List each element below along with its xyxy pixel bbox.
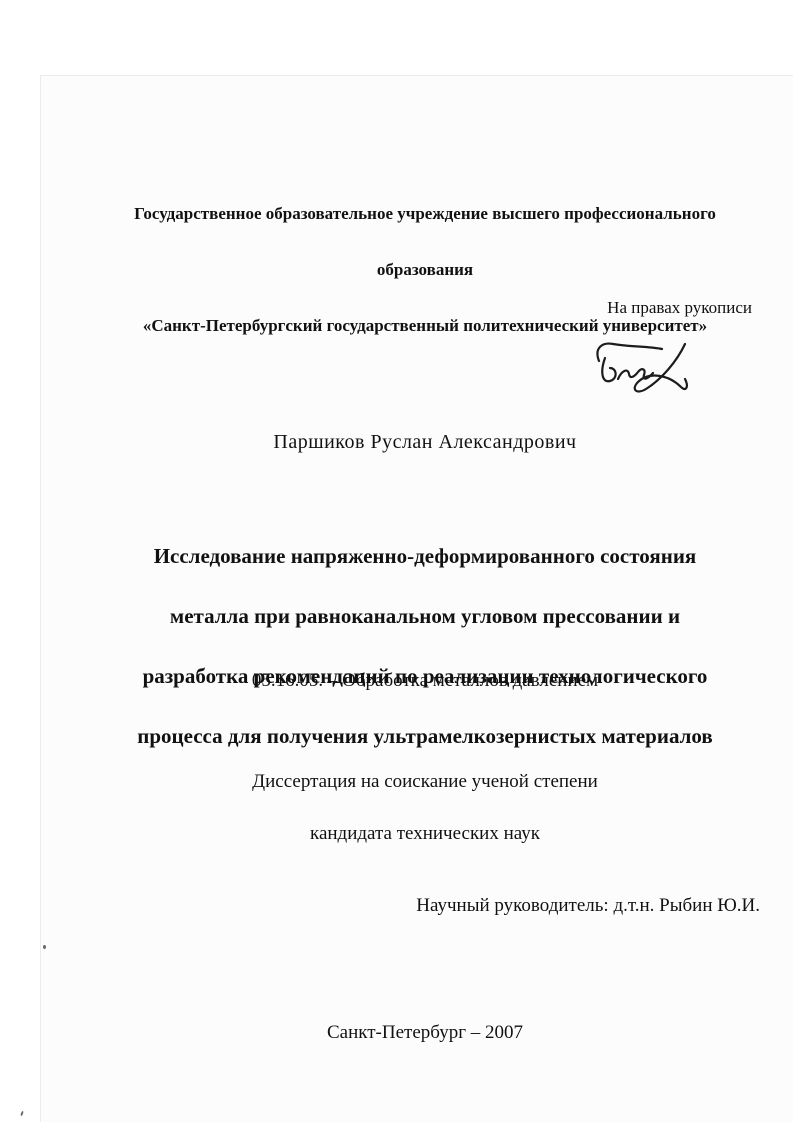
scan-speck [20, 1111, 24, 1116]
scan-speck [43, 945, 46, 949]
institution-line-2: образования [57, 256, 793, 284]
scanned-title-page: Государственное образовательное учрежден… [0, 0, 793, 1122]
manuscript-note: На правах рукописи [607, 298, 752, 318]
institution-line-1: Государственное образовательное учрежден… [57, 200, 793, 228]
dissertation-title: Исследование напряженно-деформированного… [57, 511, 793, 781]
title-line-1: Исследование напряженно-деформированного… [57, 541, 793, 571]
degree-line-2: кандидата технических наук [57, 821, 793, 847]
signature-image [588, 334, 706, 404]
specialty-code: 05.16.05. – Обработка металлов давлением [57, 670, 793, 692]
title-line-2: металла при равноканальном угловом пресс… [57, 601, 793, 631]
author-name: Паршиков Руслан Александрович [57, 431, 793, 454]
degree-line-1: Диссертация на соискание ученой степени [57, 769, 793, 795]
supervisor-line: Научный руководитель: д.т.н. Рыбин Ю.И. [416, 895, 760, 917]
city-year-footer: Санкт-Петербург – 2007 [57, 1022, 793, 1044]
degree-statement: Диссертация на соискание ученой степени … [57, 743, 793, 873]
